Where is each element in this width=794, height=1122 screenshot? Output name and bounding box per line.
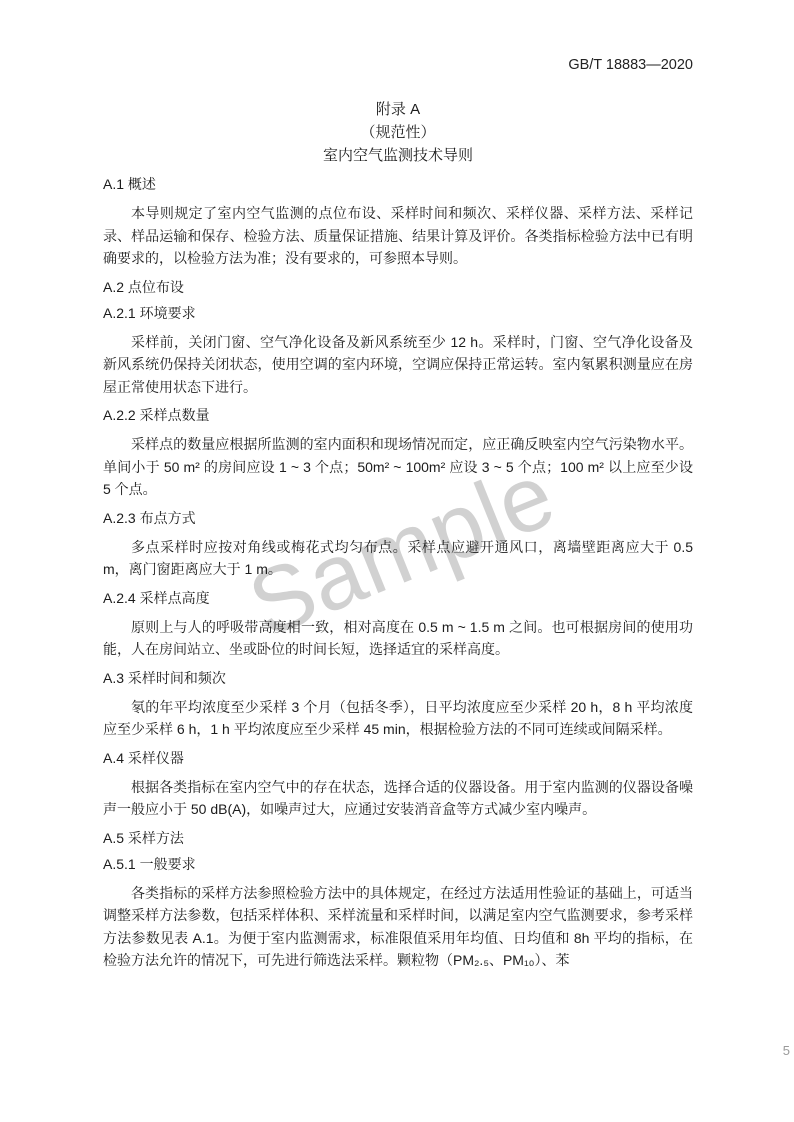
section-heading-a5: A.5 采样方法 — [103, 830, 693, 847]
appendix-title-block: 附录 A （规范性） 室内空气监测技术导则 — [103, 98, 693, 167]
section-heading-a2-4: A.2.4 采样点高度 — [103, 590, 693, 607]
section-heading-a2-1: A.2.1 环境要求 — [103, 305, 693, 322]
section-heading-a5-1: A.5.1 一般要求 — [103, 856, 693, 873]
paragraph-a1: 本导则规定了室内空气监测的点位布设、采样时间和频次、采样仪器、采样方法、采样记录… — [103, 202, 693, 270]
document-page: Sample GB/T 18883—2020 附录 A （规范性） 室内空气监测… — [0, 0, 794, 1122]
section-heading-a2: A.2 点位布设 — [103, 279, 693, 296]
paragraph-a5-1: 各类指标的采样方法参照检验方法中的具体规定，在经过方法适用性验证的基础上，可适当… — [103, 882, 693, 972]
section-heading-a4: A.4 采样仪器 — [103, 750, 693, 767]
document-content: GB/T 18883—2020 附录 A （规范性） 室内空气监测技术导则 A.… — [103, 58, 693, 972]
standard-number: GB/T 18883—2020 — [568, 57, 693, 73]
section-heading-a2-3: A.2.3 布点方式 — [103, 510, 693, 527]
appendix-normative-label: （规范性） — [103, 121, 693, 144]
page-number: 5 — [783, 1043, 790, 1058]
appendix-label: 附录 A — [103, 98, 693, 121]
paragraph-a2-4: 原则上与人的呼吸带高度相一致，相对高度在 0.5 m ~ 1.5 m 之间。也可… — [103, 616, 693, 661]
section-heading-a2-2: A.2.2 采样点数量 — [103, 407, 693, 424]
paragraph-a4: 根据各类指标在室内空气中的存在状态，选择合适的仪器设备。用于室内监测的仪器设备噪… — [103, 776, 693, 821]
section-heading-a1: A.1 概述 — [103, 176, 693, 193]
paragraph-a2-1: 采样前，关闭门窗、空气净化设备及新风系统至少 12 h。采样时，门窗、空气净化设… — [103, 331, 693, 399]
appendix-name: 室内空气监测技术导则 — [103, 144, 693, 167]
paragraph-a2-3: 多点采样时应按对角线或梅花式均匀布点。采样点应避开通风口，离墙壁距离应大于 0.… — [103, 536, 693, 581]
section-heading-a3: A.3 采样时间和频次 — [103, 670, 693, 687]
paragraph-a3: 氡的年平均浓度至少采样 3 个月（包括冬季），日平均浓度应至少采样 20 h，8… — [103, 696, 693, 741]
paragraph-a2-2: 采样点的数量应根据所监测的室内面积和现场情况而定，应正确反映室内空气污染物水平。… — [103, 433, 693, 501]
document-header: GB/T 18883—2020 — [103, 58, 693, 73]
